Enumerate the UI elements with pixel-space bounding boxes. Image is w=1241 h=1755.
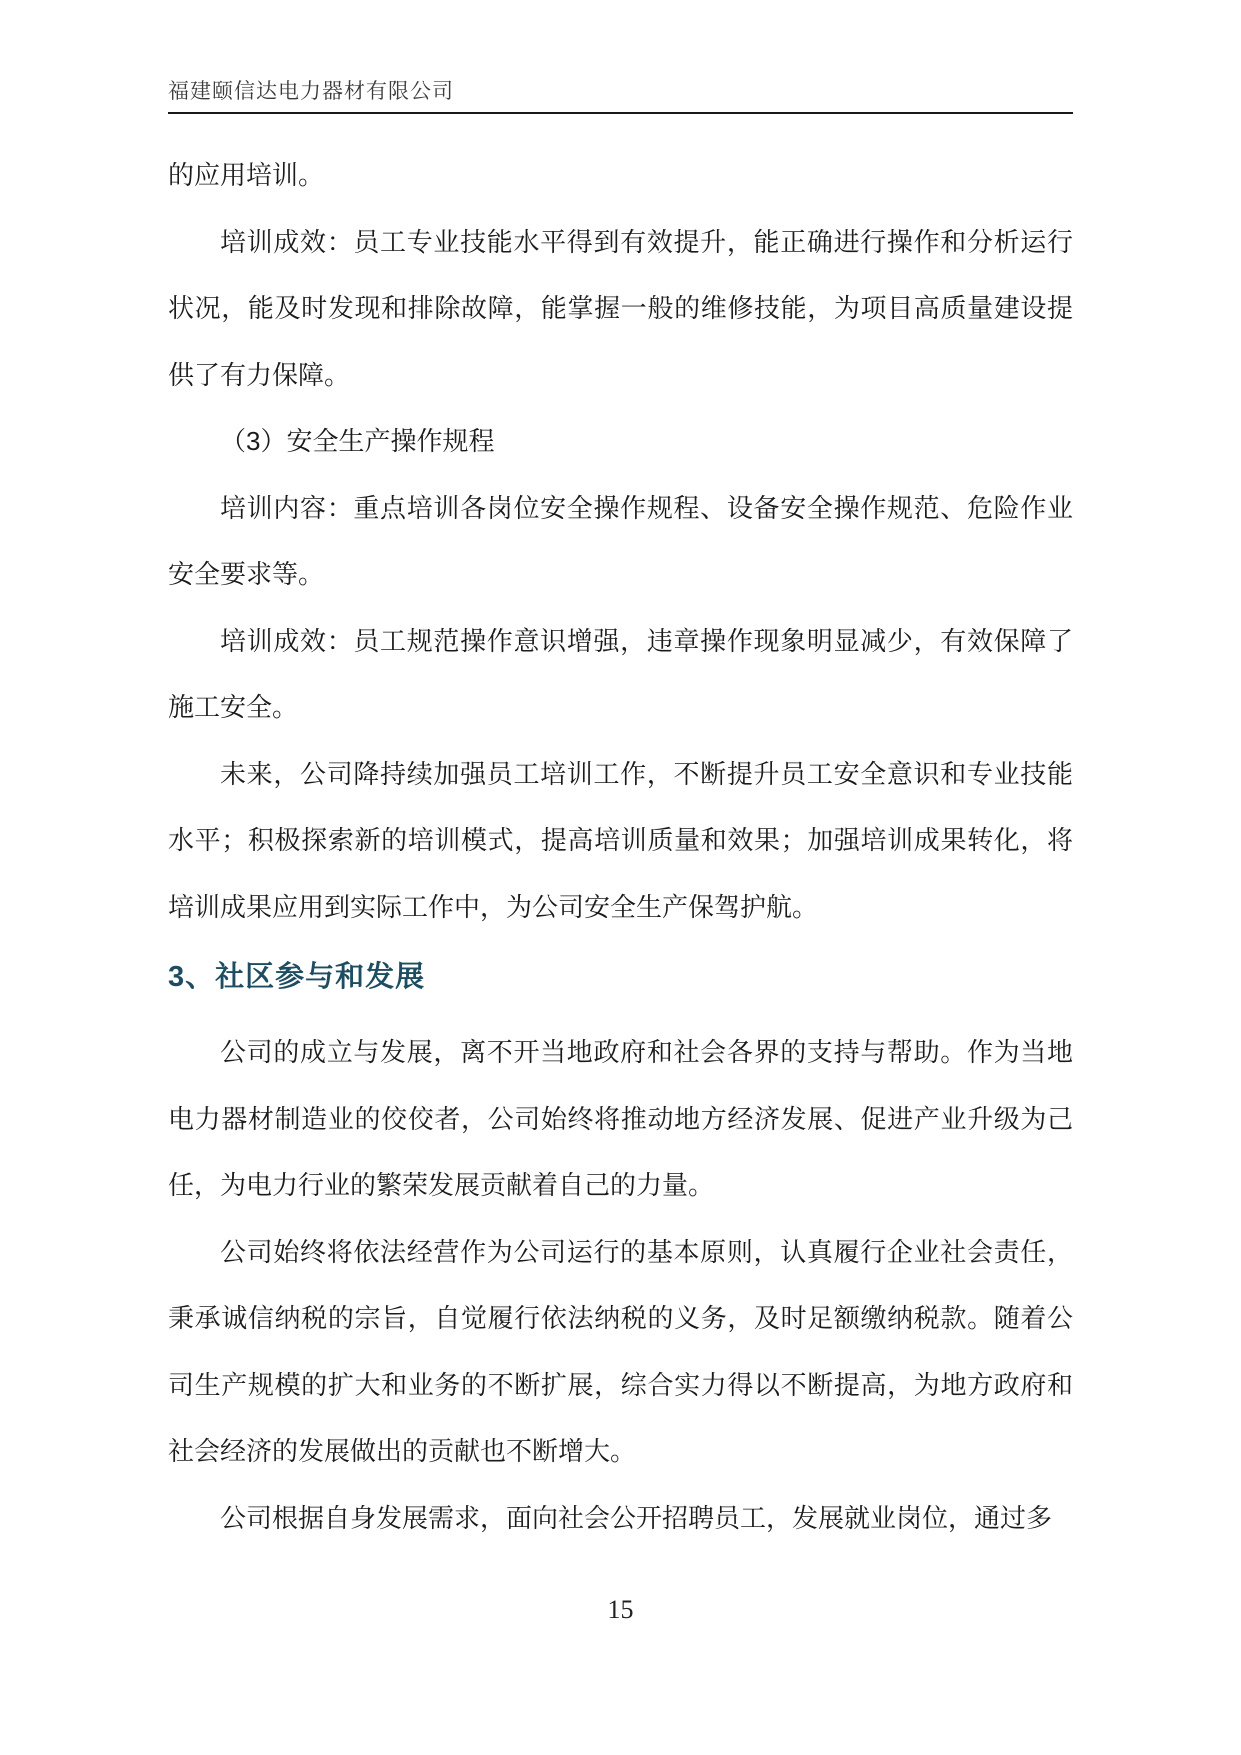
page-number: 15 bbox=[608, 1595, 634, 1624]
document-body: 的应用培训。培训成效：员工专业技能水平得到有效提升，能正确进行操作和分析运行状况… bbox=[168, 142, 1073, 1551]
header-rule bbox=[168, 112, 1073, 114]
paragraph: 培训成效：员工规范操作意识增强，违章操作现象明显减少，有效保障了施工安全。 bbox=[168, 608, 1073, 741]
section-pre-heading-paragraphs: 的应用培训。培训成效：员工专业技能水平得到有效提升，能正确进行操作和分析运行状况… bbox=[168, 142, 1073, 940]
section-heading: 3、社区参与和发展 bbox=[168, 957, 1073, 997]
paragraph: 公司根据自身发展需求，面向社会公开招聘员工，发展就业岗位，通过多 bbox=[168, 1485, 1073, 1552]
page-header: 福建颐信达电力器材有限公司 bbox=[168, 76, 1073, 122]
paragraph: 未来，公司降持续加强员工培训工作，不断提升员工安全意识和专业技能水平；积极探索新… bbox=[168, 741, 1073, 941]
section-post-heading-paragraphs: 公司的成立与发展，离不开当地政府和社会各界的支持与帮助。作为当地电力器材制造业的… bbox=[168, 1019, 1073, 1551]
paragraph: （3）安全生产操作规程 bbox=[168, 408, 1073, 475]
paragraph: 公司的成立与发展，离不开当地政府和社会各界的支持与帮助。作为当地电力器材制造业的… bbox=[168, 1019, 1073, 1219]
company-name: 福建颐信达电力器材有限公司 bbox=[168, 76, 1073, 106]
document-page: 福建颐信达电力器材有限公司 的应用培训。培训成效：员工专业技能水平得到有效提升，… bbox=[0, 0, 1241, 1755]
paragraph: 公司始终将依法经营作为公司运行的基本原则，认真履行企业社会责任，秉承诚信纳税的宗… bbox=[168, 1219, 1073, 1485]
paragraph: 培训内容：重点培训各岗位安全操作规程、设备安全操作规范、危险作业安全要求等。 bbox=[168, 475, 1073, 608]
paragraph: 培训成效：员工专业技能水平得到有效提升，能正确进行操作和分析运行状况，能及时发现… bbox=[168, 209, 1073, 409]
paragraph: 的应用培训。 bbox=[168, 142, 1073, 209]
footer: 15 bbox=[0, 1594, 1241, 1626]
